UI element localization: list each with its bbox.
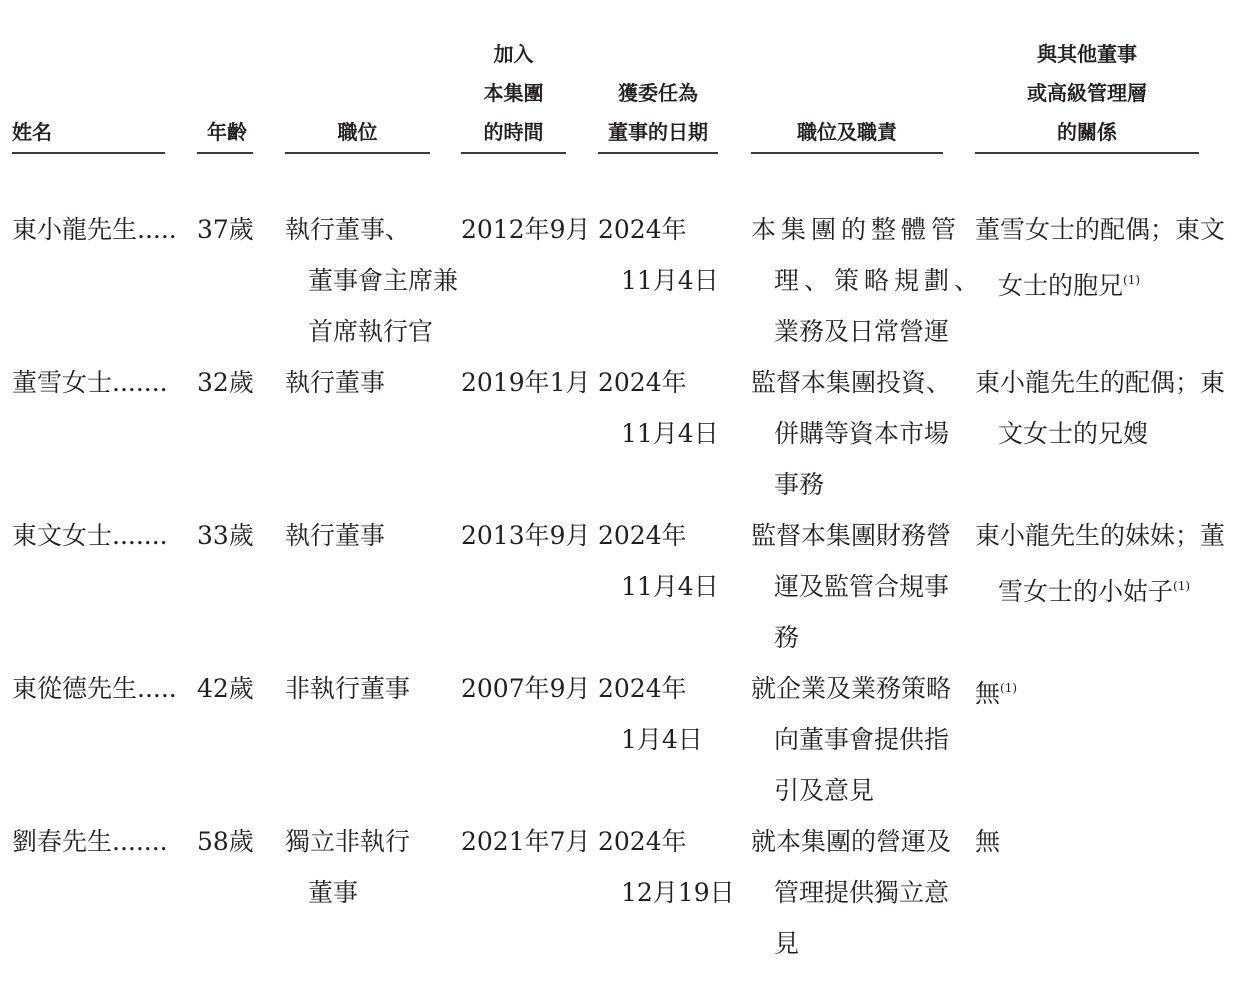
- name-text: 劉春先生.......: [12, 827, 168, 856]
- appointed-line: 11月4日: [598, 561, 719, 612]
- age-text: 58歲: [197, 827, 254, 856]
- appointed-line: 2024年: [598, 357, 719, 408]
- roles-line: 事務: [751, 459, 951, 510]
- cell-name: 劉春先生.......: [12, 816, 168, 867]
- header-joined: 加入 本集團 的時間: [461, 35, 566, 152]
- appointed-line: 11月4日: [598, 408, 719, 459]
- roles-line: 務: [751, 612, 951, 663]
- cell-name: 東從德先生.....: [12, 663, 177, 714]
- roles-line: 本集團的整體管: [751, 204, 984, 255]
- cell-relationship: 無: [975, 816, 1000, 867]
- cell-position: 非執行董事: [285, 663, 410, 714]
- header-relationship-line2: 或高級管理層: [975, 74, 1199, 113]
- header-appointed: 獲委任為 董事的日期: [598, 74, 718, 152]
- roles-line: 引及意見: [751, 765, 951, 816]
- cell-age: 33歲: [197, 510, 254, 561]
- cell-roles: 本集團的整體管 理、策略規劃、 業務及日常營運: [751, 204, 984, 357]
- name-text: 東小龍先生.....: [12, 215, 177, 244]
- appointed-line: 2024年: [598, 204, 719, 255]
- roles-line: 運及監管合規事: [751, 561, 951, 612]
- joined-text: 2019年1月: [461, 368, 591, 397]
- roles-line: 理、策略規劃、: [751, 255, 984, 306]
- footnote-marker: (1): [1123, 273, 1140, 287]
- roles-line: 業務及日常營運: [751, 306, 984, 357]
- cell-joined: 2007年9月: [461, 663, 591, 714]
- age-text: 33歲: [197, 521, 254, 550]
- header-rule-position: [285, 152, 430, 154]
- roles-line: 就本集團的營運及: [751, 816, 951, 867]
- cell-roles: 就本集團的營運及 管理提供獨立意 見: [751, 816, 951, 969]
- header-joined-line2: 本集團: [461, 74, 566, 113]
- cell-name: 董雪女士.......: [12, 357, 168, 408]
- position-line: 執行董事、: [285, 204, 458, 255]
- header-age-text: 年齡: [207, 113, 247, 152]
- roles-line: 併購等資本市場: [751, 408, 951, 459]
- header-appointed-line2: 董事的日期: [598, 113, 718, 152]
- header-rule-age: [197, 152, 253, 154]
- cell-name: 東小龍先生.....: [12, 204, 177, 255]
- cell-joined: 2021年7月: [461, 816, 591, 867]
- appointed-line: 1月4日: [598, 714, 703, 765]
- joined-text: 2013年9月: [461, 521, 591, 550]
- header-rule-appointed: [598, 152, 718, 154]
- cell-roles: 監督本集團財務營 運及監管合規事 務: [751, 510, 951, 663]
- header-rule-relationship: [975, 152, 1199, 154]
- cell-name: 東文女士.......: [12, 510, 168, 561]
- cell-age: 32歲: [197, 357, 254, 408]
- cell-relationship: 東小龍先生的配偶；東 文女士的兄嫂: [975, 357, 1225, 459]
- position-line: 董事會主席兼: [285, 255, 458, 306]
- cell-appointed: 2024年 12月19日: [598, 816, 735, 918]
- appointed-line: 11月4日: [598, 255, 719, 306]
- roles-line: 監督本集團財務營: [751, 510, 951, 561]
- cell-relationship: 董雪女士的配偶；東文 女士的胞兄(1): [975, 204, 1225, 311]
- header-position-text: 職位: [285, 113, 430, 152]
- header-appointed-line1: 獲委任為: [598, 74, 718, 113]
- relationship-line: 東小龍先生的配偶；東: [975, 357, 1225, 408]
- relationship-line: 雪女士的小姑子: [998, 577, 1173, 606]
- position-line: 董事: [285, 867, 410, 918]
- header-rule-joined: [461, 152, 566, 154]
- cell-position: 執行董事、 董事會主席兼 首席執行官: [285, 204, 458, 357]
- appointed-line: 2024年: [598, 663, 703, 714]
- header-joined-line3: 的時間: [461, 113, 566, 152]
- footnote-marker: (1): [1000, 681, 1017, 695]
- position-line: 首席執行官: [285, 306, 458, 357]
- cell-joined: 2019年1月: [461, 357, 591, 408]
- relationship-line: 無: [975, 816, 1000, 867]
- cell-roles: 就企業及業務策略 向董事會提供指 引及意見: [751, 663, 951, 816]
- position-line: 非執行董事: [285, 663, 410, 714]
- footnote-marker: (1): [1173, 579, 1190, 593]
- header-roles-text: 職位及職責: [751, 113, 943, 152]
- position-line: 執行董事: [285, 510, 385, 561]
- relationship-line: 文女士的兄嫂: [975, 408, 1225, 459]
- header-name: 姓名: [12, 113, 52, 152]
- header-position: 職位: [285, 113, 430, 152]
- header-roles: 職位及職責: [751, 113, 943, 152]
- cell-age: 42歲: [197, 663, 254, 714]
- relationship-line: 女士的胞兄: [998, 271, 1123, 300]
- roles-line: 就企業及業務策略: [751, 663, 951, 714]
- cell-joined: 2013年9月: [461, 510, 591, 561]
- header-rule-roles: [751, 152, 943, 154]
- joined-text: 2021年7月: [461, 827, 591, 856]
- header-name-text: 姓名: [12, 113, 52, 152]
- cell-position: 獨立非執行 董事: [285, 816, 410, 918]
- name-text: 董雪女士.......: [12, 368, 168, 397]
- header-rule-name: [12, 152, 165, 154]
- cell-position: 執行董事: [285, 510, 385, 561]
- header-age: 年齡: [207, 113, 247, 152]
- cell-relationship: 無(1): [975, 663, 1017, 719]
- roles-line: 見: [751, 918, 951, 969]
- name-text: 東文女士.......: [12, 521, 168, 550]
- cell-age: 37歲: [197, 204, 254, 255]
- position-line: 獨立非執行: [285, 816, 410, 867]
- age-text: 37歲: [197, 215, 254, 244]
- position-line: 執行董事: [285, 357, 385, 408]
- roles-line: 監督本集團投資、: [751, 357, 951, 408]
- name-text: 東從德先生.....: [12, 674, 177, 703]
- relationship-line: 無: [975, 679, 1000, 708]
- roles-line: 向董事會提供指: [751, 714, 951, 765]
- age-text: 42歲: [197, 674, 254, 703]
- cell-joined: 2012年9月: [461, 204, 591, 255]
- header-joined-line1: 加入: [461, 35, 566, 74]
- cell-appointed: 2024年 11月4日: [598, 510, 719, 612]
- header-relationship-line1: 與其他董事: [975, 35, 1199, 74]
- appointed-line: 2024年: [598, 816, 735, 867]
- appointed-line: 2024年: [598, 510, 719, 561]
- cell-roles: 監督本集團投資、 併購等資本市場 事務: [751, 357, 951, 510]
- cell-appointed: 2024年 11月4日: [598, 204, 719, 306]
- joined-text: 2012年9月: [461, 215, 591, 244]
- header-relationship-line3: 的關係: [975, 113, 1199, 152]
- cell-appointed: 2024年 11月4日: [598, 357, 719, 459]
- appointed-line: 12月19日: [598, 867, 735, 918]
- header-relationship: 與其他董事 或高級管理層 的關係: [975, 35, 1199, 152]
- joined-text: 2007年9月: [461, 674, 591, 703]
- relationship-line: 東小龍先生的妹妹；董: [975, 510, 1225, 561]
- roles-line: 管理提供獨立意: [751, 867, 951, 918]
- age-text: 32歲: [197, 368, 254, 397]
- relationship-line: 董雪女士的配偶；東文: [975, 204, 1225, 255]
- cell-age: 58歲: [197, 816, 254, 867]
- cell-relationship: 東小龍先生的妹妹；董 雪女士的小姑子(1): [975, 510, 1225, 617]
- cell-appointed: 2024年 1月4日: [598, 663, 703, 765]
- cell-position: 執行董事: [285, 357, 385, 408]
